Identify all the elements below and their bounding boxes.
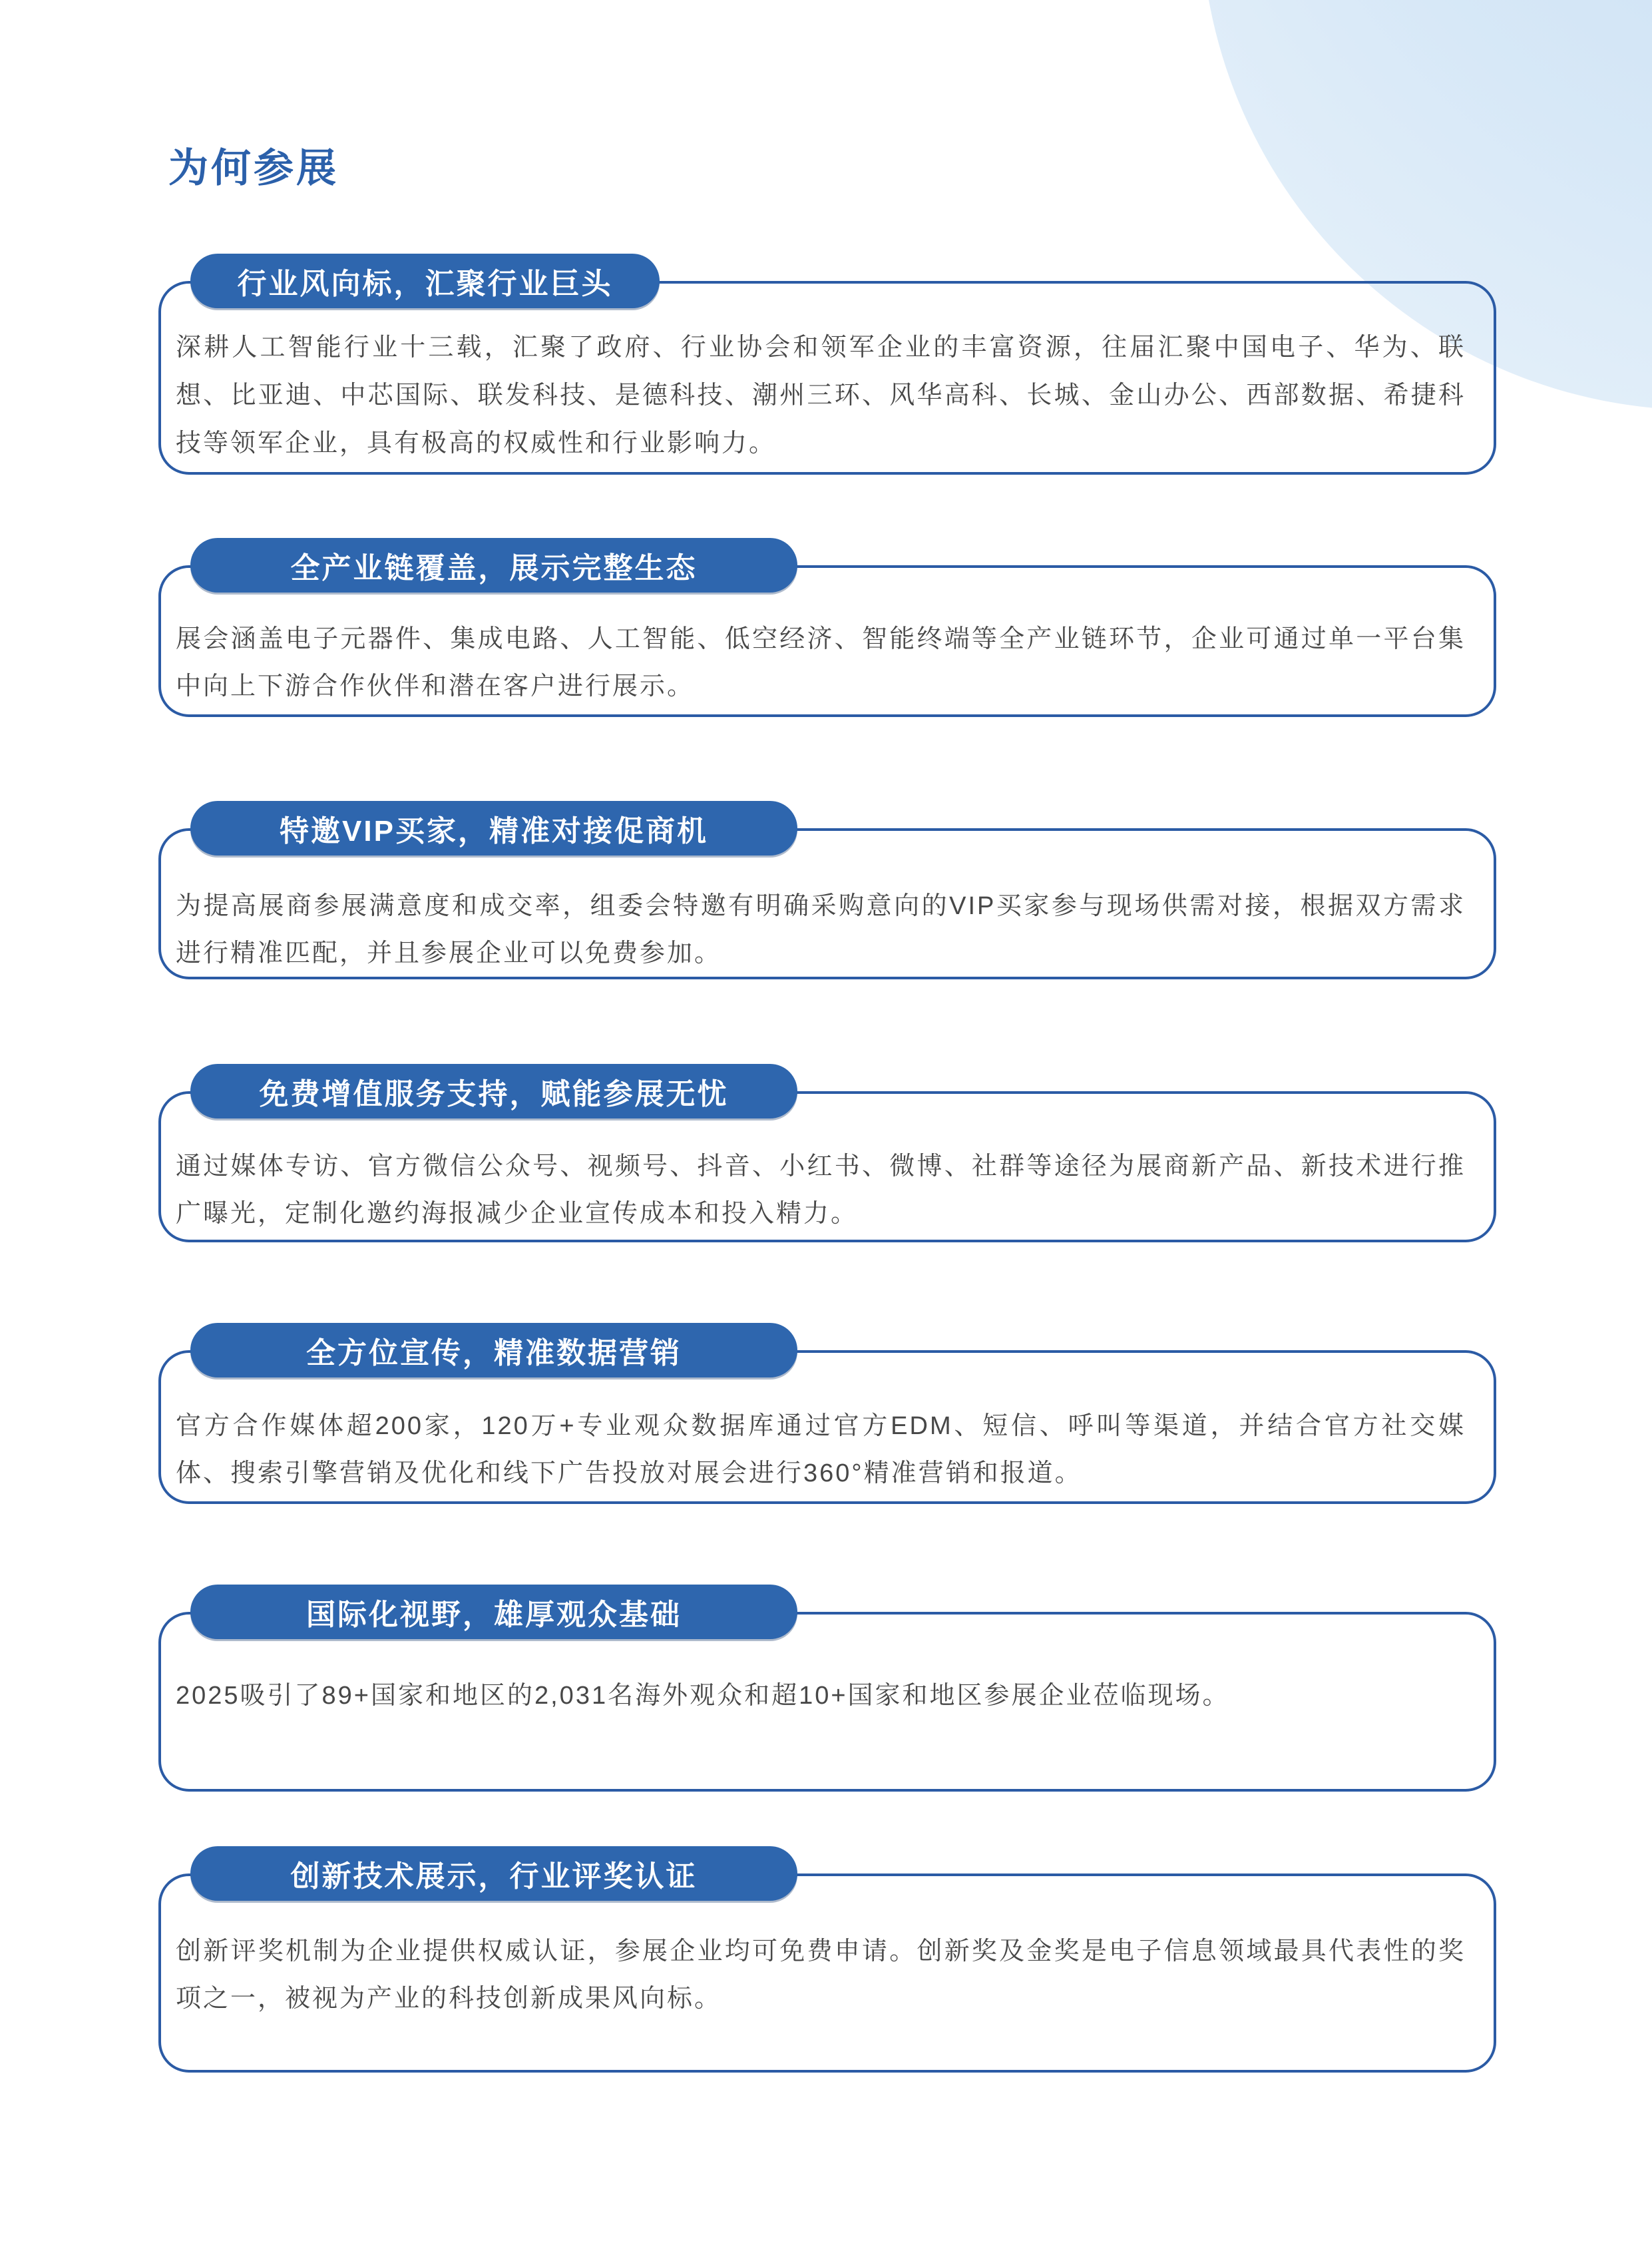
section-header-pill: 特邀VIP买家，精准对接促商机 [190,801,797,856]
page-title: 为何参展 [168,136,339,194]
section-title: 国际化视野，雄厚观众基础 [306,1591,682,1633]
section-header-pill: 免费增值服务支持，赋能参展无忧 [190,1064,797,1119]
section-header-pill: 行业风向标，汇聚行业巨头 [190,254,660,308]
section-body-box: 创新评奖机制为企业提供权威认证，参展企业均可免费申请。创新奖及金奖是电子信息领域… [158,1873,1496,2073]
section-body-text: 深耕人工智能行业十三载，汇聚了政府、行业协会和领军企业的丰富资源，往届汇聚中国电… [161,284,1494,467]
section-title: 行业风向标，汇聚行业巨头 [238,260,613,302]
section-header-pill: 国际化视野，雄厚观众基础 [190,1585,797,1639]
section-title: 免费增值服务支持，赋能参展无忧 [260,1070,729,1113]
section-title: 创新技术展示，行业评奖认证 [291,1852,698,1895]
section-header-pill: 创新技术展示，行业评奖认证 [190,1846,797,1901]
brochure-page: 为何参展 深耕人工智能行业十三载，汇聚了政府、行业协会和领军企业的丰富资源，往届… [0,0,1652,2241]
section-header-pill: 全产业链覆盖，展示完整生态 [190,538,797,593]
section-header-pill: 全方位宣传，精准数据营销 [190,1323,797,1377]
section-title: 全方位宣传，精准数据营销 [306,1329,682,1371]
section-title: 特邀VIP买家，精准对接促商机 [280,807,708,850]
section-title: 全产业链覆盖，展示完整生态 [291,544,698,587]
section-body-box: 深耕人工智能行业十三载，汇聚了政府、行业协会和领军企业的丰富资源，往届汇聚中国电… [158,281,1496,475]
